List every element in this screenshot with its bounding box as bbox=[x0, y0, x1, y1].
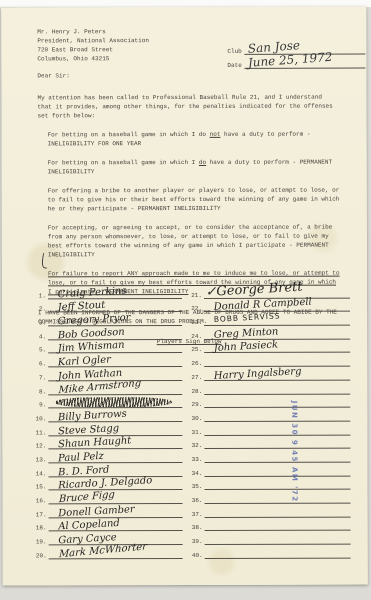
date-line: June 25, 1972 bbox=[245, 58, 366, 69]
signature-line: Craig Perkins bbox=[48, 287, 182, 299]
sign-row: 40. bbox=[187, 545, 351, 559]
sign-row-number: 16. bbox=[31, 497, 49, 504]
sign-row-number: 8. bbox=[30, 388, 48, 395]
sign-row: 15.Ricardo J. Delgado bbox=[30, 477, 182, 491]
sign-row: 38. bbox=[187, 517, 351, 531]
sign-row-number: 35. bbox=[186, 483, 204, 490]
signature-line: Jim Whisman bbox=[48, 341, 182, 353]
signature-line bbox=[204, 396, 350, 408]
player-signature: Harry Ingalsberg bbox=[214, 366, 302, 382]
player-signature: Greg Minton bbox=[214, 326, 279, 341]
sign-row-number: 7. bbox=[30, 374, 48, 381]
salutation: Dear Sir: bbox=[37, 71, 339, 81]
sign-row-number: 17. bbox=[31, 511, 49, 518]
signature-line bbox=[205, 492, 351, 504]
sign-row: 34. bbox=[186, 463, 350, 477]
signature-line: Ricardo J. Delgado bbox=[48, 478, 182, 490]
signature-line: BOBB SERVISS bbox=[204, 314, 350, 326]
signature-column-right: 21.✓George Brett22.Donald R Campbell23.B… bbox=[186, 285, 351, 559]
player-signature: BOBB SERVISS bbox=[214, 311, 281, 324]
sign-row: 25.John Pasieck bbox=[186, 339, 350, 353]
signature-line bbox=[204, 451, 350, 463]
signature-line bbox=[204, 423, 350, 435]
sign-row: 26. bbox=[186, 353, 350, 367]
club-date-block: Club San Jose Date June 25, 1972 bbox=[227, 41, 365, 69]
sign-row-number: 40. bbox=[187, 552, 205, 559]
sign-row: 39. bbox=[187, 531, 351, 545]
sign-row: 27.Harry Ingalsberg bbox=[186, 367, 350, 381]
sign-row-number: 39. bbox=[187, 538, 205, 545]
signature-line: Karl Ogler bbox=[48, 355, 182, 367]
sign-row-number: 1. bbox=[30, 292, 48, 299]
sign-row: 7.John Wathan bbox=[30, 367, 182, 381]
player-signature: John Pasieck bbox=[214, 340, 279, 355]
sign-row: 5.Jim Whisman bbox=[30, 340, 182, 354]
sign-row-number: 22. bbox=[186, 305, 204, 312]
signature-line bbox=[205, 533, 351, 545]
sign-row: 22.Donald R Campbell bbox=[186, 298, 350, 312]
signature-line bbox=[205, 519, 351, 531]
sign-row-number: 28. bbox=[186, 387, 204, 394]
sign-row: 32. bbox=[186, 435, 350, 449]
sign-row-number: 32. bbox=[186, 442, 204, 449]
player-signature: Bob Goodson bbox=[58, 326, 125, 341]
sign-row: 24.Greg Minton bbox=[186, 326, 350, 340]
sign-row: 11.Steve Stagg bbox=[30, 422, 182, 436]
offense-paragraph-2: For betting on a baseball game in which … bbox=[38, 158, 340, 177]
sign-row: 12.Shaun Haught bbox=[30, 436, 182, 450]
signature-line: Jeff Stout bbox=[48, 300, 182, 312]
sign-row-number: 24. bbox=[186, 333, 204, 340]
signature-line: John Pasieck bbox=[204, 341, 350, 353]
player-signature: Craig Perkins bbox=[57, 285, 126, 300]
sign-row-number: 33. bbox=[186, 456, 204, 463]
sign-row-number: 9. bbox=[30, 402, 48, 409]
signature-line: Billy Burrows bbox=[48, 410, 182, 422]
sign-row-number: 3. bbox=[30, 319, 48, 326]
club-label: Club bbox=[227, 48, 244, 55]
scribbled-out-signature bbox=[54, 397, 172, 407]
sign-row: 30. bbox=[186, 408, 350, 422]
offense-paragraph-4: For accepting, or agreeing to accept, or… bbox=[38, 223, 340, 260]
sign-row: 1.Craig Perkins bbox=[30, 285, 182, 299]
sign-row-number: 10. bbox=[30, 415, 48, 422]
signature-line: Steve Stagg bbox=[48, 424, 182, 436]
signature-line: Donell Gamber bbox=[49, 506, 183, 518]
signature-line: B. D. Ford bbox=[48, 465, 182, 477]
signature-line: Harry Ingalsberg bbox=[204, 368, 350, 380]
sign-row-number: 13. bbox=[30, 456, 48, 463]
player-signature: Bruce Figg bbox=[59, 489, 116, 505]
sign-row: 14.B. D. Ford bbox=[30, 463, 182, 477]
sign-row-number: 36. bbox=[187, 497, 205, 504]
document-paper: Mr. Henry J. Peters President, National … bbox=[1, 7, 368, 586]
sign-row-number: 5. bbox=[30, 347, 48, 354]
sign-row: 16.Bruce Figg bbox=[31, 490, 183, 504]
player-signature: Donald R Campbell bbox=[213, 297, 312, 313]
signature-line bbox=[205, 546, 351, 558]
signature-line: Al Copeland bbox=[49, 519, 183, 531]
signature-line bbox=[204, 464, 350, 476]
sign-row-number: 18. bbox=[31, 525, 49, 532]
date-label: Date bbox=[227, 62, 244, 69]
sign-row: 8.Mike Armstrong bbox=[30, 381, 182, 395]
sign-row: 33. bbox=[186, 449, 350, 463]
signature-line bbox=[48, 396, 182, 408]
signature-line: Bob Goodson bbox=[48, 328, 182, 340]
sign-row: 17.Donell Gamber bbox=[31, 504, 183, 518]
sign-row-number: 15. bbox=[30, 484, 48, 491]
sign-row-number: 30. bbox=[186, 415, 204, 422]
player-signature: Billy Burrows bbox=[58, 408, 127, 423]
sign-row-number: 34. bbox=[186, 470, 204, 477]
sign-row: 31. bbox=[186, 421, 350, 435]
sign-row: 2.Jeff Stout bbox=[30, 299, 182, 313]
signature-line bbox=[204, 382, 350, 394]
signature-line: Mark McWhorter bbox=[49, 547, 183, 559]
date-row: Date June 25, 1972 bbox=[227, 55, 365, 69]
signature-line bbox=[204, 409, 350, 421]
sign-row-number: 23. bbox=[186, 319, 204, 326]
sign-row: 28. bbox=[186, 380, 350, 394]
sign-row-number: 19. bbox=[31, 538, 49, 545]
signature-line: Gregory Pryor bbox=[48, 314, 182, 326]
sign-row-number: 14. bbox=[30, 470, 48, 477]
sign-row-number: 2. bbox=[30, 306, 48, 313]
sign-row-number: 21. bbox=[186, 292, 204, 299]
sign-row-number: 11. bbox=[30, 429, 48, 436]
sign-row-number: 26. bbox=[186, 360, 204, 367]
signature-line: Greg Minton bbox=[204, 327, 350, 339]
player-signature: Al Copeland bbox=[58, 518, 120, 532]
signature-column-left: 1.Craig Perkins2.Jeff Stout3.Gregory Pry… bbox=[30, 285, 183, 559]
sign-row-number: 4. bbox=[30, 333, 48, 340]
player-signature: Steve Stagg bbox=[58, 423, 120, 437]
sign-row: 37. bbox=[187, 504, 351, 518]
offense-paragraph-1: For betting on a baseball game in which … bbox=[38, 130, 340, 149]
sign-row: 18.Al Copeland bbox=[31, 518, 183, 532]
sign-row-number: 20. bbox=[31, 552, 49, 559]
received-date-stamp: JUN 30 9 45 AM '72 bbox=[290, 401, 298, 479]
sign-row: 19.Gary Cayce bbox=[31, 531, 183, 545]
sign-row: 29. bbox=[186, 394, 350, 408]
sign-row: 9. bbox=[30, 395, 182, 409]
sign-row: 4.Bob Goodson bbox=[30, 326, 182, 340]
sign-row: 10.Billy Burrows bbox=[30, 408, 182, 422]
sign-row: 20.Mark McWhorter bbox=[31, 545, 183, 559]
sign-row: 3.Gregory Pryor bbox=[30, 312, 182, 326]
offense-paragraph-3: For offering a bribe to another player o… bbox=[38, 186, 340, 214]
sign-row: 13.Paul Pelz bbox=[30, 449, 182, 463]
player-signature: Donell Gamber bbox=[58, 504, 135, 519]
intro-paragraph: My attention has been called to Professi… bbox=[37, 93, 339, 121]
sign-row: 21.✓George Brett bbox=[186, 285, 350, 299]
sign-row-number: 25. bbox=[186, 346, 204, 353]
player-signature: Jim Whisman bbox=[58, 340, 125, 355]
sign-row-number: 27. bbox=[186, 374, 204, 381]
sign-row-number: 6. bbox=[30, 360, 48, 367]
signature-line: Shaun Haught bbox=[48, 437, 182, 449]
sign-row-number: 37. bbox=[187, 511, 205, 518]
signature-line bbox=[204, 437, 350, 449]
signature-line: ✓George Brett bbox=[204, 286, 350, 298]
player-signature: Shaun Haught bbox=[58, 436, 132, 451]
sign-row-number: 12. bbox=[30, 443, 48, 450]
sign-row: 23.BOBB SERVISS bbox=[186, 312, 350, 326]
sign-row: 35. bbox=[186, 476, 350, 490]
signature-line: Mike Armstrong bbox=[48, 383, 182, 395]
signature-line: Paul Pelz bbox=[48, 451, 182, 463]
signature-line bbox=[204, 355, 350, 367]
signature-line bbox=[205, 505, 351, 517]
sign-row: 6.Karl Ogler bbox=[30, 353, 182, 367]
sign-row-number: 31. bbox=[186, 429, 204, 436]
signature-line: Bruce Figg bbox=[49, 492, 183, 504]
sign-row-number: 38. bbox=[187, 524, 205, 531]
signature-line bbox=[204, 478, 350, 490]
player-signature: Gregory Pryor bbox=[57, 312, 130, 327]
sign-row-number: 29. bbox=[186, 401, 204, 408]
sign-row: 36. bbox=[187, 490, 351, 504]
